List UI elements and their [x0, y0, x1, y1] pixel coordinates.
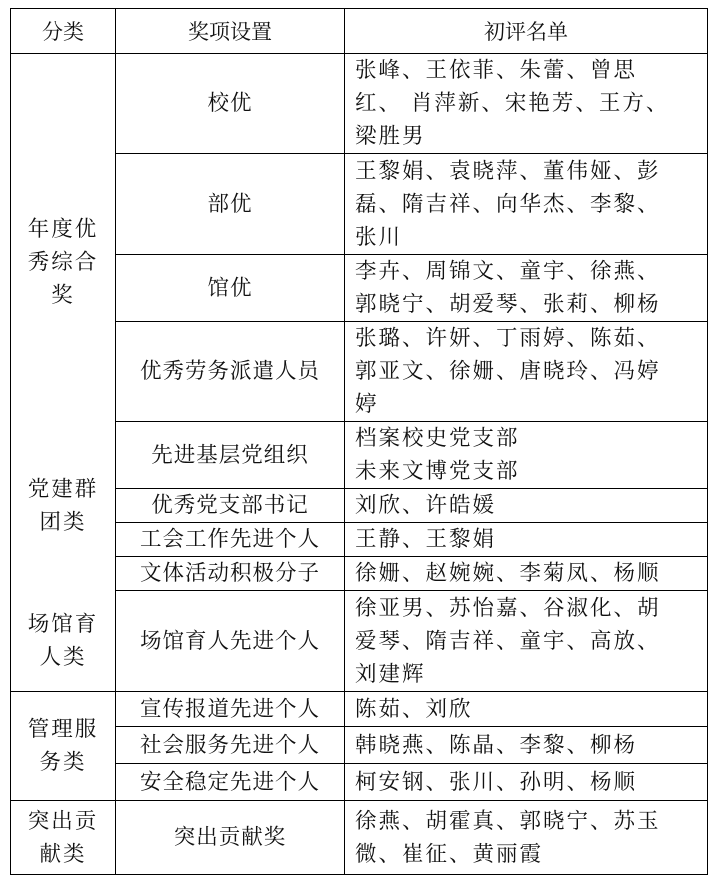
table-row: 场馆育人类 场馆育人先进个人 徐亚男、苏怡嘉、谷淑化、胡 爱琴、隋吉祥、童宇、高… — [11, 591, 708, 692]
award-cell: 优秀劳务派遣人员 — [116, 322, 345, 422]
award-cell: 工会工作先进个人 — [116, 523, 345, 557]
category-venue: 场馆育人类 — [11, 591, 116, 692]
names-cell: 刘欣、许皓媛 — [345, 489, 708, 523]
award-cell: 文体活动积极分子 — [116, 557, 345, 591]
award-cell: 先进基层党组织 — [116, 422, 345, 489]
award-cell: 宣传报道先进个人 — [116, 692, 345, 727]
table-row: 突出贡献类 突出贡献奖 徐燕、胡霍真、郭晓宁、苏玉 微、崔征、黄丽霞 — [11, 801, 708, 875]
table-row: 安全稳定先进个人 柯安钢、张川、孙明、杨顺 — [11, 764, 708, 801]
names-cell: 档案校史党支部 未来文博党支部 — [345, 422, 708, 489]
table-row: 年度优秀综合奖 校优 张峰、王依菲、朱蕾、曾思 红、 肖萍新、宋艳芳、王方、 梁… — [11, 54, 708, 154]
header-row: 分类 奖项设置 初评名单 — [11, 9, 708, 54]
names-cell: 徐姗、赵婉婉、李菊凤、杨顺 — [345, 557, 708, 591]
award-cell: 突出贡献奖 — [116, 801, 345, 875]
names-cell: 徐亚男、苏怡嘉、谷淑化、胡 爱琴、隋吉祥、童宇、高放、 刘建辉 — [345, 591, 708, 692]
award-cell: 部优 — [116, 154, 345, 255]
table-row: 社会服务先进个人 韩晓燕、陈晶、李黎、柳杨 — [11, 727, 708, 764]
award-cell: 场馆育人先进个人 — [116, 591, 345, 692]
names-cell: 王黎娟、袁晓萍、董伟娅、彭 磊、隋吉祥、向华杰、李黎、 张川 — [345, 154, 708, 255]
award-cell: 安全稳定先进个人 — [116, 764, 345, 801]
award-cell: 馆优 — [116, 255, 345, 322]
table-row: 工会工作先进个人 王静、王黎娟 — [11, 523, 708, 557]
names-cell: 陈茹、刘欣 — [345, 692, 708, 727]
category-management: 管理服务类 — [11, 692, 116, 801]
award-cell: 优秀党支部书记 — [116, 489, 345, 523]
header-category: 分类 — [11, 9, 116, 54]
table-row: 馆优 李卉、周锦文、童宇、徐燕、 郭晓宁、胡爱琴、张莉、柳杨 — [11, 255, 708, 322]
names-cell: 张璐、许妍、丁雨婷、陈茹、 郭亚文、徐姗、唐晓玲、冯婷 婷 — [345, 322, 708, 422]
names-cell: 柯安钢、张川、孙明、杨顺 — [345, 764, 708, 801]
table-row: 优秀党支部书记 刘欣、许皓媛 — [11, 489, 708, 523]
table-row: 文体活动积极分子 徐姗、赵婉婉、李菊凤、杨顺 — [11, 557, 708, 591]
names-cell: 韩晓燕、陈晶、李黎、柳杨 — [345, 727, 708, 764]
names-cell: 王静、王黎娟 — [345, 523, 708, 557]
award-cell: 社会服务先进个人 — [116, 727, 345, 764]
header-award: 奖项设置 — [116, 9, 345, 54]
names-cell: 张峰、王依菲、朱蕾、曾思 红、 肖萍新、宋艳芳、王方、 梁胜男 — [345, 54, 708, 154]
award-nomination-table: 分类 奖项设置 初评名单 年度优秀综合奖 校优 张峰、王依菲、朱蕾、曾思 红、 … — [10, 8, 708, 875]
names-cell: 李卉、周锦文、童宇、徐燕、 郭晓宁、胡爱琴、张莉、柳杨 — [345, 255, 708, 322]
category-annual: 年度优秀综合奖 — [11, 54, 116, 422]
table-row: 管理服务类 宣传报道先进个人 陈茹、刘欣 — [11, 692, 708, 727]
table-row: 党建群团类 先进基层党组织 档案校史党支部 未来文博党支部 — [11, 422, 708, 489]
names-cell: 徐燕、胡霍真、郭晓宁、苏玉 微、崔征、黄丽霞 — [345, 801, 708, 875]
category-party: 党建群团类 — [11, 422, 116, 591]
award-cell: 校优 — [116, 54, 345, 154]
table-row: 优秀劳务派遣人员 张璐、许妍、丁雨婷、陈茹、 郭亚文、徐姗、唐晓玲、冯婷 婷 — [11, 322, 708, 422]
table-row: 部优 王黎娟、袁晓萍、董伟娅、彭 磊、隋吉祥、向华杰、李黎、 张川 — [11, 154, 708, 255]
category-outstanding: 突出贡献类 — [11, 801, 116, 875]
header-list: 初评名单 — [345, 9, 708, 54]
